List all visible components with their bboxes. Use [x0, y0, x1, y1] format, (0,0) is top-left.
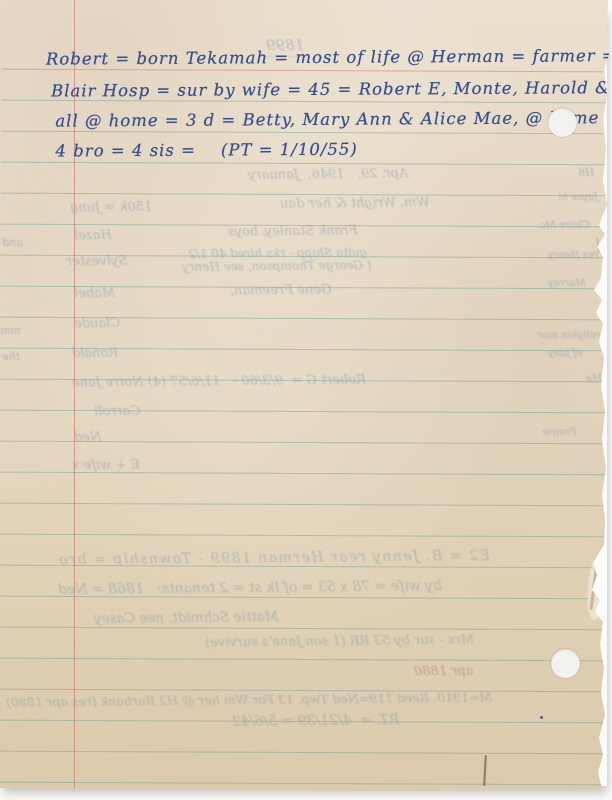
handwriting-line: 4 bro = 4 sis = (PT = 1/10/55)	[55, 138, 358, 164]
handwriting-line: all @ home = 3 d = Betty, Mary Ann & Ali…	[55, 106, 612, 133]
handwriting-line: Blair Hosp = sur by wife = 45 = Robert E…	[51, 76, 612, 104]
scan-background: 1899Apr. 29, 1946, JanuaryH6150k = JungW…	[0, 0, 612, 800]
punch-hole-bottom	[551, 649, 580, 678]
handwriting-block: Robert = born Tekamah = most of life @ H…	[0, 0, 612, 800]
punch-hole-top	[548, 108, 577, 137]
paper-sheet: 1899Apr. 29, 1946, JanuaryH6150k = JungW…	[0, 0, 612, 800]
handwriting-line: Robert = born Tekamah = most of life @ H…	[46, 44, 612, 72]
ink-dot	[540, 716, 543, 719]
